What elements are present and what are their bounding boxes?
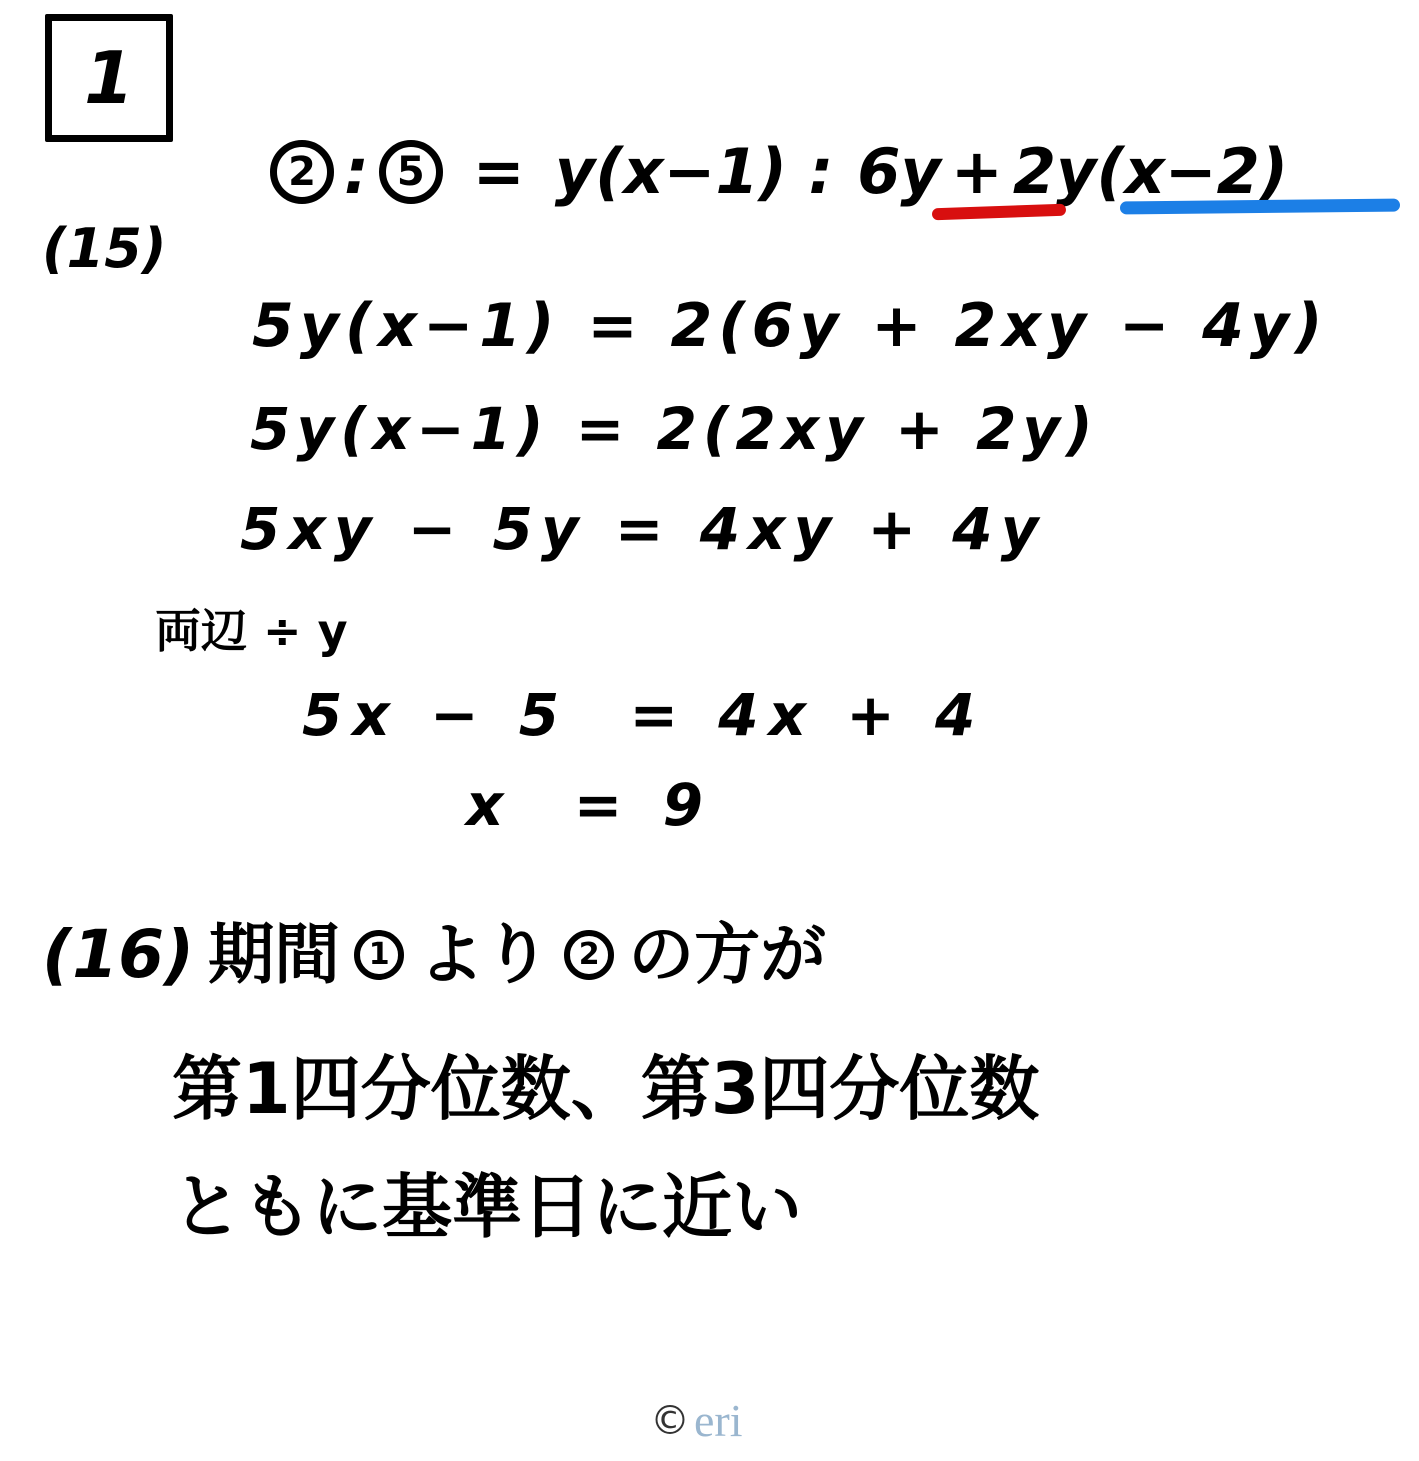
step-2-equation: 5y(x−1) = 2(2xy + 2y) [250, 400, 1099, 458]
blue-underline-marker [1120, 199, 1400, 215]
answer-equation: x = 9 [466, 776, 713, 834]
question-15-label: (15) [42, 222, 167, 276]
question-16-line-3: ともに基準日に近い [172, 1172, 802, 1242]
red-underlined-term: 6y [857, 141, 941, 203]
circled-number-2: 2 [270, 140, 334, 204]
problem-number: 1 [84, 36, 134, 120]
copyright-icon: © [650, 1401, 690, 1441]
question-16-line-2: 第1四分位数、第3四分位数 [172, 1054, 1039, 1124]
ratio-colon: : [344, 141, 369, 203]
circled-number-2-q16: 2 [564, 930, 614, 980]
ratio-equation: 2 : 5 = y(x−1) : 6y + 2y(x−2) [270, 140, 1288, 204]
circled-number-1: 1 [354, 930, 404, 980]
divide-both-sides-note: 両辺 ÷ y [155, 608, 348, 654]
blue-underlined-term: 2y(x−2) [1013, 141, 1288, 203]
author-name: eri [694, 1398, 743, 1444]
problem-number-box: 1 [45, 14, 173, 142]
circled-number-5: 5 [379, 140, 443, 204]
question-16-label: (16) [42, 922, 194, 988]
than-text: より [418, 922, 550, 988]
copyright-watermark: © eri [650, 1398, 743, 1444]
step-4-equation: 5x − 5 = 4x + 4 [302, 686, 985, 744]
ratio-lhs-expression: y(x−1) : [555, 141, 834, 203]
equals-sign: = [473, 141, 525, 203]
plus-sign: + [951, 141, 1003, 203]
step-1-equation: 5y(x−1) = 2(6y + 2xy − 4y) [252, 296, 1328, 356]
period-text: 期間 [208, 922, 340, 988]
step-3-equation: 5xy − 5y = 4xy + 4y [240, 500, 1046, 558]
question-16-line-1: (16) 期間 1 より 2 の方が [42, 922, 826, 988]
side-text: の方が [628, 922, 826, 988]
